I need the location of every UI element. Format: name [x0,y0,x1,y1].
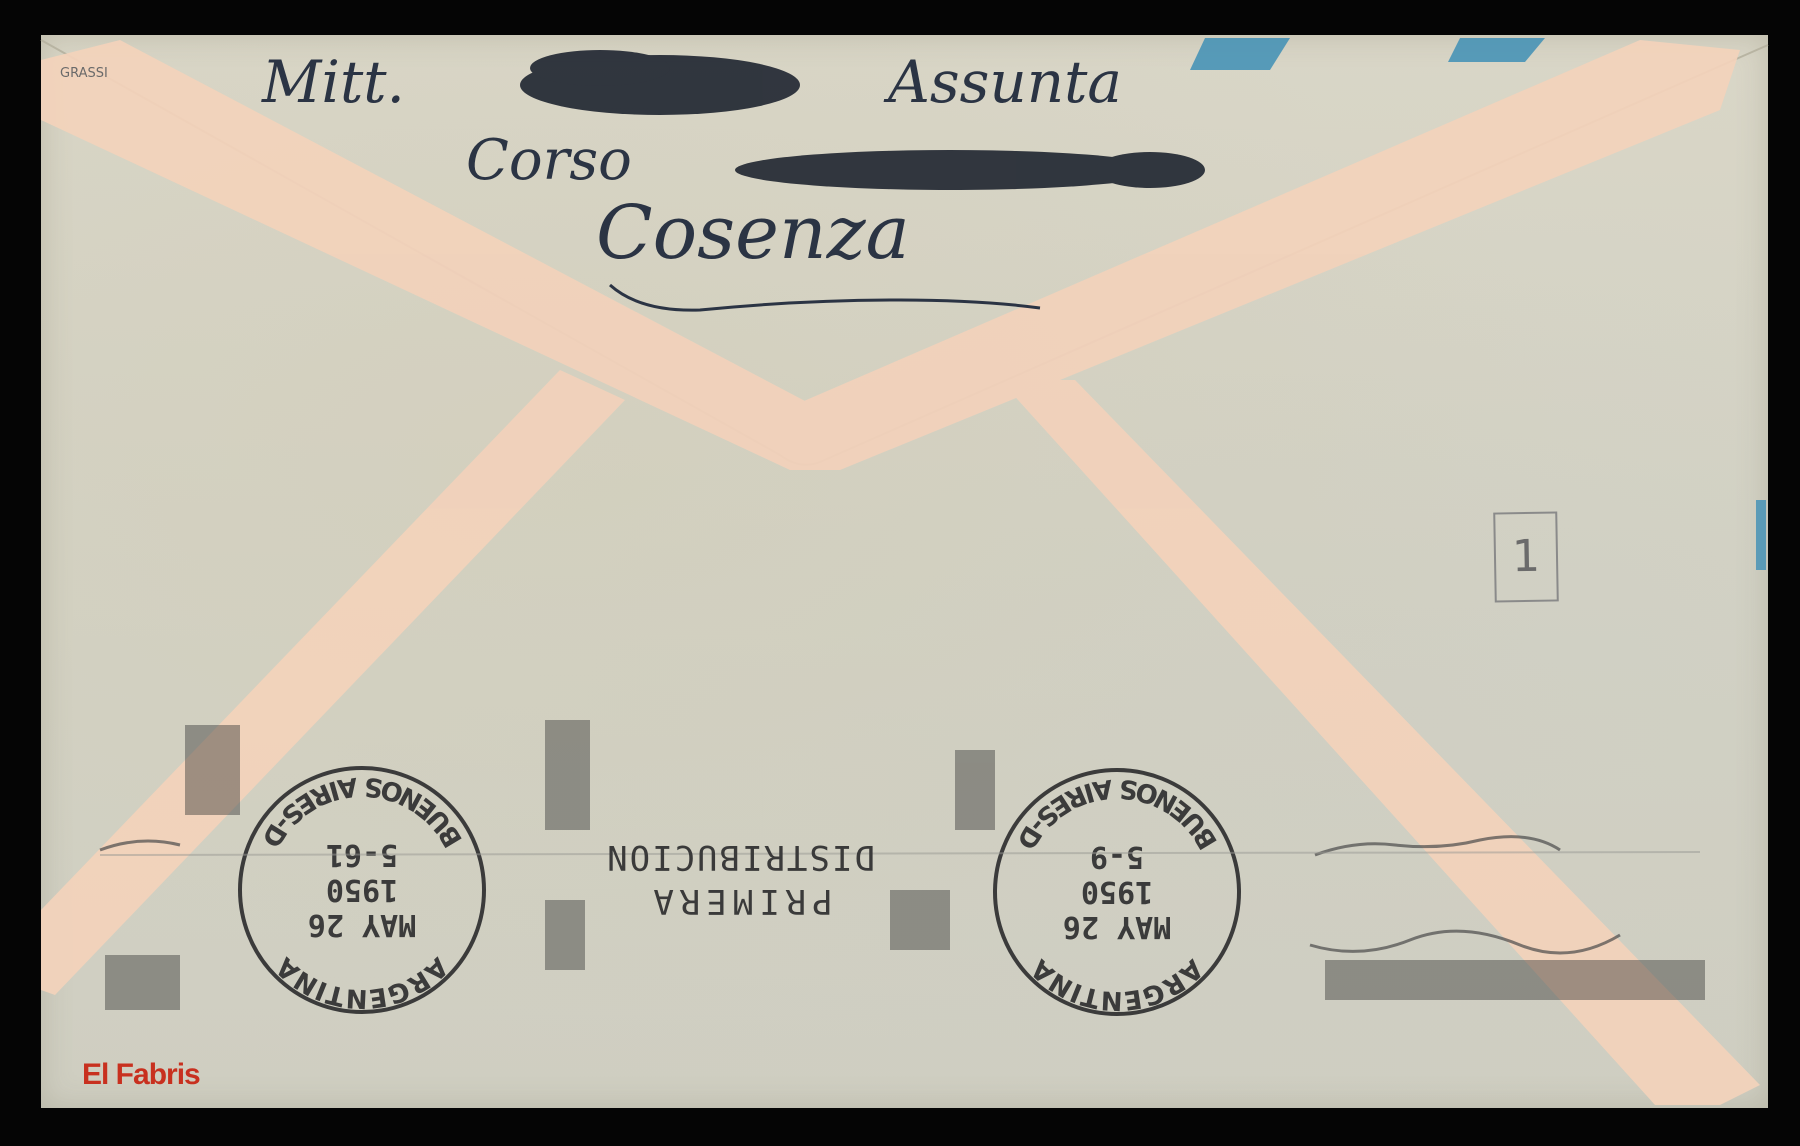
postmark-right: ARGENTINA BUENOS AIRES-D MAY 26 1950 5-9 [995,770,1239,1015]
airmail-border-mark [1756,500,1766,570]
machine-cancel-text: PRIMERA DISTRIBUCION [560,835,920,923]
pencil-note: GRASSI [60,66,108,81]
svg-text:1950: 1950 [1081,874,1153,909]
airmail-border-mark [1190,38,1290,70]
sender-city: Cosenza [596,190,910,276]
airmail-border-mark [1448,38,1545,62]
svg-text:5-9: 5-9 [1090,839,1144,874]
svg-text:MAY 26: MAY 26 [1063,909,1171,944]
city-underline [610,285,1040,310]
svg-text:ARGENTINA: ARGENTINA [271,951,454,1013]
svg-text:1950: 1950 [326,872,398,907]
sender-label: Mitt. [262,48,405,116]
sender-first-name: Assunta [888,48,1122,116]
postmark-left: ARGENTINA BUENOS AIRES-D MAY 26 1950 5-6… [240,768,484,1013]
cancel-line-1: PRIMERA [560,879,920,923]
cancel-line-2: DISTRIBUCION [560,835,920,879]
street-prefix: Corso [466,128,632,193]
pencil-box-number: 1 [1493,511,1559,602]
watermark-logo: El Fabris [82,1058,200,1092]
svg-text:MAY 26: MAY 26 [308,907,416,942]
svg-text:ARGENTINA: ARGENTINA [1026,953,1209,1015]
